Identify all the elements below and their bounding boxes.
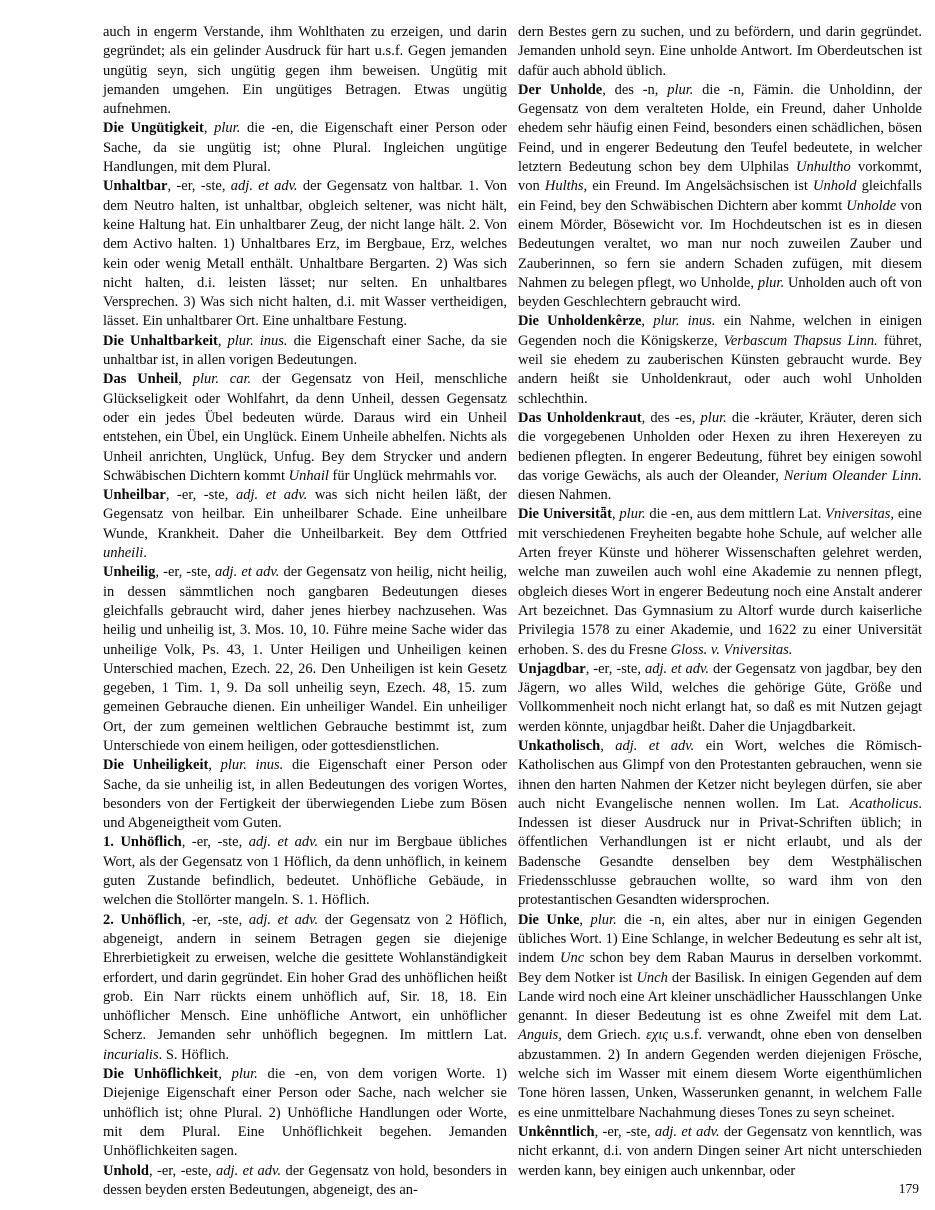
entry-text: dem Griech. [562,1027,646,1043]
dictionary-entry: Unkênntlich, -er, -ste, adj. et adv. der… [518,1123,922,1181]
text-block: auch in engerm Verstande, ihm Wohlthaten… [103,23,922,1200]
entry-text: . S. Höflich. [159,1047,229,1063]
entry-text: , -er, -este, [149,1163,216,1179]
entry-italic-text: adj. et adv. [236,487,307,503]
entry-italic-text: plur. [667,82,693,98]
entry-italic-text: Vniversitas, [825,506,894,522]
headword: Unheilbar [103,487,166,503]
dictionary-entry: dern Bestes gern zu suchen, und zu beför… [518,23,922,81]
entry-text: , -er, -ste, [167,178,230,194]
entry-text: , -er, -ste, [155,564,215,580]
entry-italic-text: Unc [560,950,584,966]
entry-italic-text: unheili [103,545,143,561]
entry-italic-text: Unhold [813,178,857,194]
headword: Die Unke [518,912,579,928]
dictionary-entry: auch in engerm Verstande, ihm Wohlthaten… [103,23,507,119]
dictionary-entry: Unhaltbar, -er, -ste, adj. et adv. der G… [103,177,507,331]
dictionary-page: auch in engerm Verstande, ihm Wohlthaten… [0,0,935,1210]
entry-italic-text: adj. et adv. [645,661,709,677]
dictionary-entry: Das Unheil, plur. car. der Gegensatz von… [103,370,507,486]
left-column: auch in engerm Verstande, ihm Wohlthaten… [103,23,507,1200]
right-column: dern Bestes gern zu suchen, und zu beför… [518,23,922,1200]
entry-italic-text: plur. [214,120,240,136]
entry-italic-text: incurialis [103,1047,159,1063]
entry-text: der Gegensatz von 2 Höflich, abgeneigt, … [103,912,507,1044]
entry-text: , -er, -ste, [595,1124,655,1140]
headword: Der Unholde [518,82,602,98]
entry-text: . Indessen ist dieser Ausdruck nur in Pr… [518,796,922,908]
dictionary-entry: Unjagdbar, -er, -ste, adj. et adv. der G… [518,660,922,737]
entry-text: , [600,738,615,754]
entry-italic-text: Gloss. v. Vniversitas. [671,642,793,658]
entry-italic-text: adj. et adv. [655,1124,720,1140]
dictionary-entry: Die Unke, plur. die -n, ein altes, aber … [518,911,922,1123]
dictionary-entry: Der Unholde, des -n, plur. die -n, Fämin… [518,81,922,313]
entry-text: , -er, -ste, [166,487,236,503]
headword: Die Unhöflichkeit [103,1066,218,1082]
dictionary-entry: 2. Unhöflich, -er, -ste, adj. et adv. de… [103,911,507,1065]
entry-italic-text: plur. inus. [221,757,284,773]
entry-text: . [143,545,147,561]
entry-italic-text: Unhultho [796,159,851,175]
entry-text: für Unglück mehrmahls vor. [329,468,497,484]
headword: Unhaltbar [103,178,167,194]
entry-italic-text: Hulths, [545,178,587,194]
entry-italic-text: adj. et adv. [231,178,298,194]
dictionary-entry: Unhold, -er, -este, adj. et adv. der Geg… [103,1162,507,1201]
entry-text: , -er, -ste, [182,834,249,850]
dictionary-entry: Das Unholdenkraut, des -es, plur. die -k… [518,409,922,505]
page-number: 179 [899,1182,919,1196]
entry-text: der Gegensatz von haltbar. 1. Von dem Ne… [103,178,507,329]
entry-italic-text: Unholde [846,198,896,214]
entry-text: , [208,757,220,773]
entry-italic-text: plur. inus. [228,333,288,349]
entry-italic-text: plur. [591,912,617,928]
entry-italic-text: Nerium Oleander Linn. [784,468,922,484]
entry-text: die -en, aus dem mittlern Lat. [646,506,826,522]
headword: Die Ungütigkeit [103,120,204,136]
entry-text: ein Freund. Im Angelsächsischen ist [587,178,813,194]
entry-italic-text: adj. et adv. [216,1163,281,1179]
headword: Unhold [103,1163,149,1179]
headword: Die Unheiligkeit [103,757,208,773]
entry-italic-text: εχις [646,1027,668,1043]
entry-text: , [218,333,228,349]
dictionary-entry: Die Ungütigkeit, plur. die -en, die Eige… [103,119,507,177]
entry-italic-text: plur. [619,506,645,522]
entry-text: dern Bestes gern zu suchen, und zu beför… [518,24,922,79]
headword: Die Unhaltbarkeit [103,333,218,349]
entry-italic-text: plur. [758,275,784,291]
entry-italic-text: plur. inus. [653,313,715,329]
entry-italic-text: Verbascum Thapsus Linn. [724,333,878,349]
entry-italic-text: plur. [232,1066,258,1082]
headword: Das Unheil [103,371,178,387]
entry-text: auch in engerm Verstande, ihm Wohlthaten… [103,24,507,117]
headword: 1. Unhöflich [103,834,182,850]
dictionary-entry: 1. Unhöflich, -er, -ste, adj. et adv. ei… [103,833,507,910]
headword: 2. Unhöflich [103,912,182,928]
dictionary-entry: Unheilbar, -er, -ste, adj. et adv. was s… [103,486,507,563]
headword: Unkênntlich [518,1124,595,1140]
dictionary-entry: Die Unhaltbarkeit, plur. inus. die Eigen… [103,332,507,371]
dictionary-entry: Unheilig, -er, -ste, adj. et adv. der Ge… [103,563,507,756]
entry-italic-text: Acatholicus [850,796,918,812]
headword: Unkatholisch [518,738,600,754]
entry-text: , des -es, [642,410,701,426]
entry-italic-text: adj. et adv. [615,738,694,754]
entry-text: eine mit verschiedenen Freyheiten begabt… [518,506,922,657]
entry-italic-text: plur. [701,410,727,426]
entry-italic-text: adj. et adv. [249,912,318,928]
entry-text: , [218,1066,231,1082]
headword: Das Unholdenkraut [518,410,642,426]
entry-italic-text: Unch [636,970,667,986]
entry-text: , -er, -ste, [182,912,249,928]
headword: Die Unholdenkêrze [518,313,641,329]
entry-text: , des -n, [602,82,667,98]
entry-text: , [204,120,214,136]
headword: Die Universitǟt [518,506,612,522]
dictionary-entry: Die Unheiligkeit, plur. inus. die Eigens… [103,756,507,833]
entry-italic-text: Unhail [289,468,329,484]
headword: Unheilig [103,564,155,580]
dictionary-entry: Die Unholdenkêrze, plur. inus. ein Nahme… [518,312,922,408]
entry-italic-text: Anguis, [518,1027,562,1043]
dictionary-entry: Unkatholisch, adj. et adv. ein Wort, wel… [518,737,922,911]
entry-italic-text: adj. et adv. [249,834,318,850]
entry-text: , [641,313,653,329]
entry-text: diesen Nahmen. [518,487,611,503]
entry-text: , [579,912,590,928]
entry-italic-text: adj. et adv. [215,564,279,580]
entry-text: , [178,371,192,387]
headword: Unjagdbar [518,661,586,677]
entry-text: der Gegensatz von heilig, nicht heilig, … [103,564,507,754]
dictionary-entry: Die Unhöflichkeit, plur. die -en, von de… [103,1065,507,1161]
entry-italic-text: plur. car. [193,371,251,387]
dictionary-entry: Die Universitǟt, plur. die -en, aus dem … [518,505,922,659]
entry-text: , -er, -ste, [586,661,645,677]
